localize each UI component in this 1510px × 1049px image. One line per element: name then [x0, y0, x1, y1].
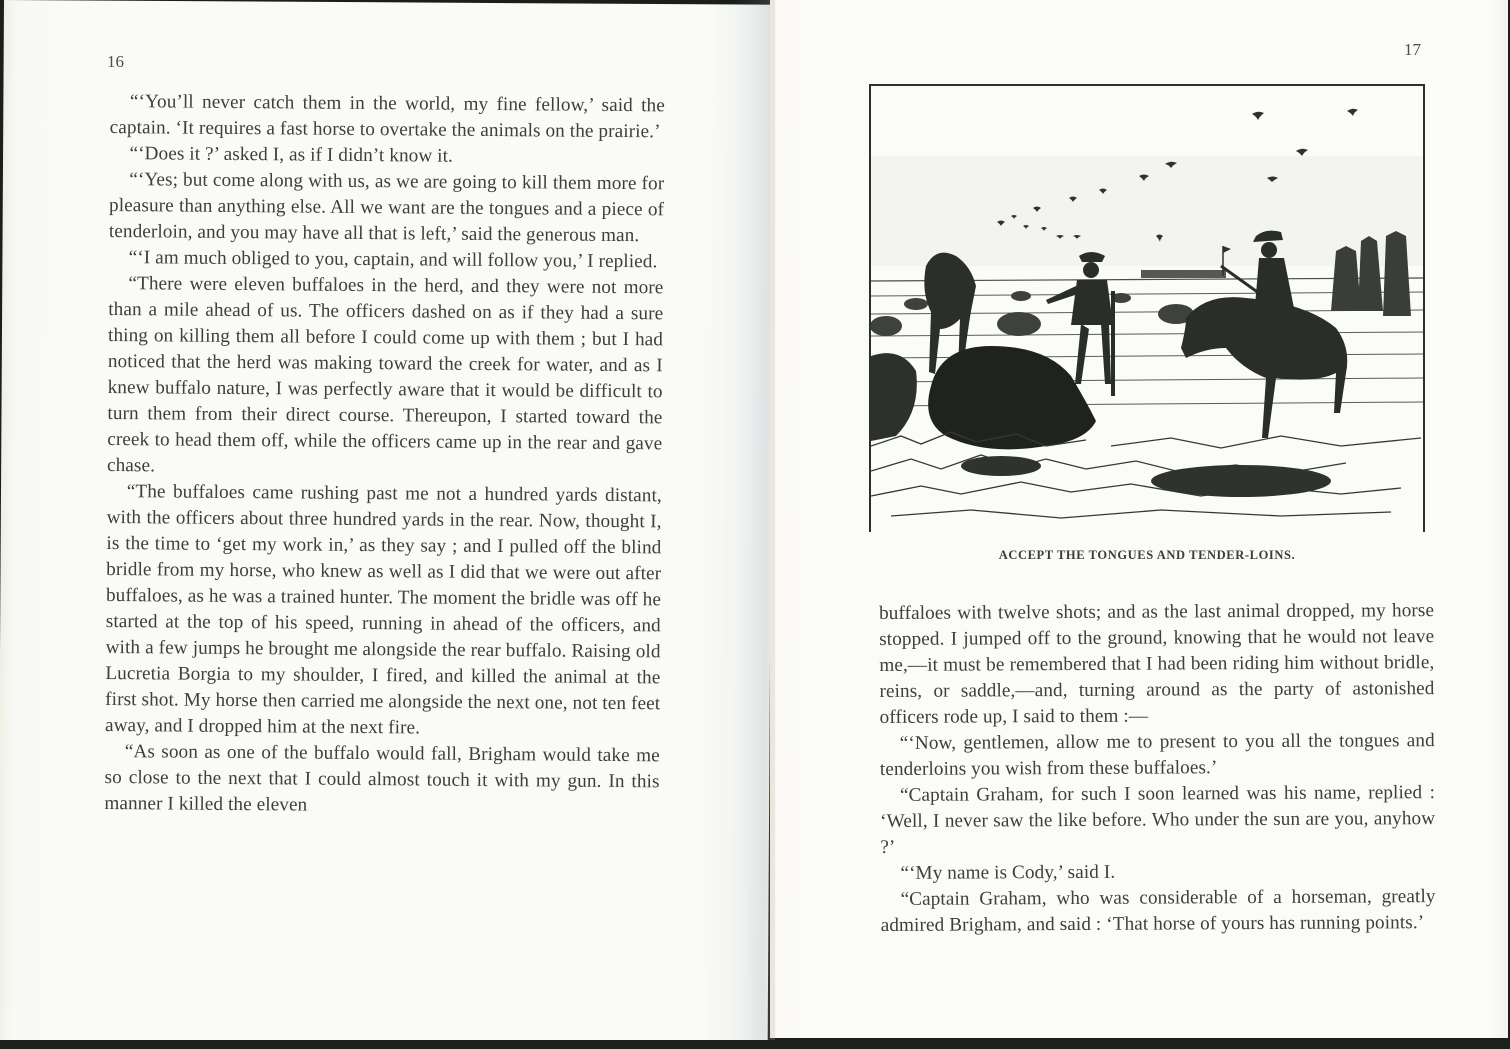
paragraph: “‘My name is Cody,’ said I.	[880, 858, 1435, 887]
page-number-left: 16	[107, 52, 124, 72]
book-spread: 16 “‘You’ll never catch them in the worl…	[0, 0, 1510, 1042]
illustration-caption: ACCEPT THE TONGUES AND TENDER-LOINS.	[869, 548, 1425, 563]
paragraph: buffaloes with twelve shots; and as the …	[879, 598, 1435, 731]
left-page-text: “‘You’ll never catch them in the world, …	[104, 89, 665, 821]
illustration	[869, 84, 1425, 532]
paragraph: “‘You’ll never catch them in the world, …	[110, 89, 665, 145]
paragraph: “‘Now, gentlemen, allow me to present to…	[880, 728, 1435, 783]
right-page-text: buffaloes with twelve shots; and as the …	[879, 598, 1436, 939]
paragraph: “Captain Graham, who was considerable of…	[880, 884, 1435, 939]
scanner-bed-edge	[0, 1040, 1510, 1049]
paragraph: “There were eleven buffaloes in the herd…	[107, 271, 664, 483]
paragraph: “The buffaloes came rushing past me not …	[105, 479, 662, 743]
buffalo-hunt-engraving-icon	[871, 86, 1423, 532]
paragraph: “‘Yes; but come along with us, as we are…	[109, 167, 665, 249]
paragraph: “Captain Graham, for such I soon learned…	[880, 780, 1435, 861]
paragraph: “As soon as one of the buffalo would fal…	[104, 739, 660, 821]
page-number-right: 17	[1404, 40, 1421, 60]
